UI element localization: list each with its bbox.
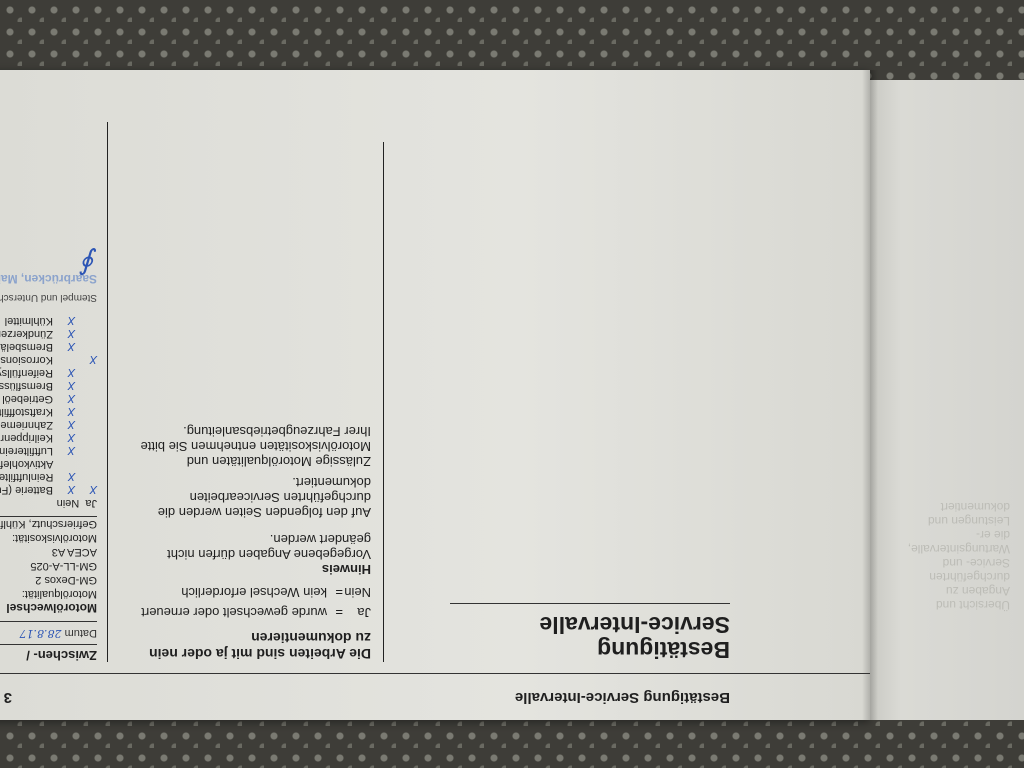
check-item-label: Luftfiltereinsatz (0, 444, 53, 457)
ja-checkbox[interactable] (75, 379, 97, 392)
nein-checkbox[interactable]: X (53, 431, 75, 444)
check-item: XBremsbeläge vorne / hinten (0, 340, 97, 353)
oil-change-title: Motorölwechsel (0, 601, 97, 615)
instructions-column: Die Arbeiten sind mit ja oder nein zu do… (131, 142, 384, 662)
hint-title: Hinweis (131, 562, 371, 577)
check-item-label: Zahnriemen und Spannrolle (0, 418, 53, 431)
nein-checkbox[interactable]: X (53, 340, 75, 353)
page-content: Bestätigung Service-Intervalle 3 - 1 Bes… (0, 70, 870, 720)
check-item-label: Zündkerzen (0, 327, 53, 340)
nein-checkbox[interactable]: X (53, 327, 75, 340)
check-item-label: Korrosionsschutz-Check (0, 353, 53, 366)
nein-checkbox[interactable]: X (53, 314, 75, 327)
faint-right-page-text: Übersicht und Angaben zu durchgeführten … (900, 500, 1010, 612)
ja-checkbox[interactable] (75, 457, 97, 483)
check-item-label: Kraftstofffilter (0, 405, 53, 418)
check-item: XGetriebeöl (0, 392, 97, 405)
check-item-label: Batterie (Funkfernbedienung) (0, 483, 53, 496)
antifreeze-row: Gefrierschutz, Kühlflüssigkeit °C (0, 516, 97, 531)
stamp-label: Stempel und Unterschrift des Opel Servic… (0, 290, 97, 304)
ja-checkbox[interactable] (75, 314, 97, 327)
check-item: XKühlmittel (0, 314, 97, 327)
nein-checkbox[interactable]: X (53, 366, 75, 379)
definition-nein: Nein = kein Wechsel erforderlich (131, 585, 371, 600)
nein-checkbox[interactable]: X (53, 405, 75, 418)
service-booklet: Übersicht und Angaben zu durchgeführten … (0, 70, 1024, 720)
paragraph-documentation: Auf den folgenden Seiten werden die durc… (131, 475, 371, 520)
check-item-label: Reinluftfilter (Pollenfilter) oder Aktiv… (0, 457, 53, 483)
check-item: XXBatterie (Funkfernbedienung) (0, 483, 97, 496)
check-item-label: Bremsflüssigkeit (0, 379, 53, 392)
check-item: XBremsflüssigkeit (0, 379, 97, 392)
nein-checkbox[interactable]: X (53, 379, 75, 392)
date-value[interactable]: 28.8.17 (20, 627, 62, 640)
running-head: Bestätigung Service-Intervalle 3 - 1 (0, 673, 870, 720)
ja-checkbox[interactable] (75, 392, 97, 405)
check-item-label: Getriebeöl (2, 392, 53, 405)
check-item: XReinluftfilter (Pollenfilter) oder Akti… (0, 457, 97, 483)
check-column-headers: Ja Nein (0, 496, 97, 510)
check-item: XKorrosionsschutz-Check (0, 353, 97, 366)
definition-ja: Ja = wurde gewechselt oder erneuert (131, 605, 371, 620)
nein-checkbox[interactable]: X (53, 392, 75, 405)
ja-checkbox[interactable] (75, 366, 97, 379)
nein-checkbox[interactable]: X (53, 444, 75, 457)
right-page: Übersicht und Angaben zu durchgeführten … (870, 80, 1024, 720)
check-item-label: Bremsbeläge vorne / hinten (0, 340, 53, 353)
check-item: XKraftstofffilter (0, 405, 97, 418)
oil-spec-grid: GM-Dexos 2 GM-LL-A-025GM-LL-B-025 ACEA A… (0, 545, 97, 587)
instructions-lead: Die Arbeiten sind mit ja oder nein zu do… (131, 630, 371, 662)
dealer-stamp: Saarbrücken, Mainzer Straße 16 (0, 272, 97, 286)
oil-quality-label: Motorölqualität: (0, 587, 97, 601)
ja-checkbox[interactable] (75, 405, 97, 418)
check-item: XReifenfüllsystem/Reparatursatz (0, 366, 97, 379)
ja-checkbox[interactable] (75, 431, 97, 444)
check-item-label: Kühlmittel (5, 314, 53, 327)
date-km-row: Datum 28.8.17 km-Stand 144856 (0, 621, 97, 644)
ja-checkbox[interactable]: X (75, 483, 97, 496)
ja-checkbox[interactable] (75, 444, 97, 457)
check-item: XKeilrippenriemen (0, 431, 97, 444)
oil-viscosity-row: Motorölviskosität: 5W30 (0, 531, 97, 545)
check-item-label: Reifenfüllsystem/Reparatursatz (0, 366, 53, 379)
nein-checkbox[interactable] (53, 353, 75, 366)
running-head-title: Bestätigung Service-Intervalle (515, 689, 730, 706)
signature: ∮ (0, 256, 97, 270)
ja-checkbox[interactable] (75, 418, 97, 431)
form-header: Zwischen- / Hauptservice (0, 644, 97, 662)
heading-column: Bestätigung Service-Intervalle (410, 603, 730, 662)
ja-checkbox[interactable] (75, 327, 97, 340)
hint-text: Vorgegebene Angaben dürfen nicht geänder… (131, 532, 371, 562)
page-title: Bestätigung Service-Intervalle (410, 612, 730, 662)
check-item: XZahnriemen und Spannrolle (0, 418, 97, 431)
paragraph-oil-quality: Zulässige Motorölqualitäten und Motorölv… (131, 424, 371, 469)
check-item: XZündkerzen (0, 327, 97, 340)
check-item-label: Keilrippenriemen (0, 431, 53, 444)
nein-checkbox[interactable]: X (53, 418, 75, 431)
title-rule (450, 603, 730, 604)
ja-checkbox[interactable]: X (75, 353, 97, 366)
page-number: 3 - 1 (0, 689, 12, 706)
ja-checkbox[interactable] (75, 340, 97, 353)
nein-checkbox[interactable]: X (53, 457, 75, 483)
check-list: XXBatterie (Funkfernbedienung)XReinluftf… (0, 314, 97, 496)
check-item: XLuftfiltereinsatz (0, 444, 97, 457)
nein-checkbox[interactable]: X (53, 483, 75, 496)
service-form: Zwischen- / Hauptservice Datum 28.8.17 k… (0, 122, 108, 662)
